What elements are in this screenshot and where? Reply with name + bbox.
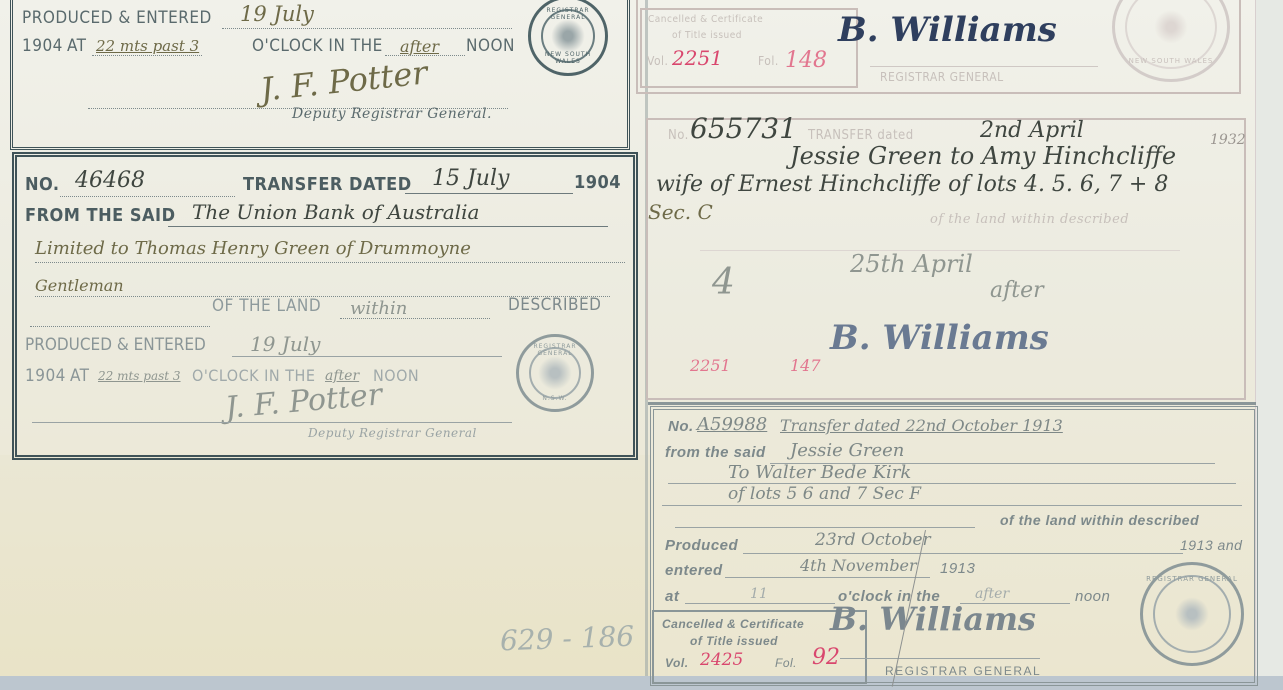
pencil-archive-note: 629 - 186	[499, 620, 634, 658]
signature-line-2	[32, 422, 512, 423]
land-line-A59988	[675, 527, 975, 528]
at-label-2: AT	[70, 366, 89, 386]
produced-entered-label-2: PRODUCED & ENTERED	[25, 335, 206, 355]
cancelled-label-A59988: Cancelled & Certificate	[662, 617, 804, 631]
to-line-value-A59988: To Walter Bede Kirk	[728, 462, 911, 483]
at-label-A59988: at	[665, 588, 679, 605]
fol-655731: 147	[790, 356, 821, 375]
from-party-line2: Limited to Thomas Henry Green of Drummoy…	[35, 238, 471, 259]
vol-value: 2251	[672, 46, 723, 70]
oclock-label: O'CLOCK IN THE	[252, 36, 383, 56]
count-value: 4	[712, 262, 735, 303]
from-party-line3: Gentleman	[35, 276, 124, 295]
noon-label-A59988: noon	[1075, 588, 1110, 605]
transfer-655731-line2: wife of Ernest Hinchcliffe of lots 4. 5.…	[656, 172, 1168, 197]
produced-entered-label: PRODUCED & ENTERED	[22, 8, 212, 28]
registrar-signature-line	[870, 66, 1098, 67]
transfer-text-A59988: Transfer dated 22nd October 1913	[780, 416, 1063, 435]
printed-land-label: of the land within described	[930, 212, 1129, 227]
transfer-date-line	[405, 193, 573, 194]
fol-value: 148	[785, 48, 827, 73]
no-label: NO.	[25, 174, 60, 195]
deputy-registrar-title: Deputy Registrar General.	[292, 106, 492, 122]
vol-label: Vol.	[647, 54, 668, 68]
from-the-said-label: FROM THE SAID	[25, 205, 176, 226]
cancelled-label: Cancelled & Certificate	[648, 14, 763, 25]
produced-date-655731: 25th April	[850, 250, 973, 278]
produced-label-A59988: Produced	[665, 537, 738, 554]
printed-no-label: No.	[668, 128, 689, 143]
fol-label: Fol.	[758, 54, 779, 68]
transfer-number-A59988: A59988	[697, 414, 767, 435]
transfer-date-655731: 2nd April	[980, 118, 1084, 143]
transfer-655731-bottom-rule	[648, 402, 1256, 405]
from-line-2	[35, 262, 625, 263]
produced-date-2: 19 July	[250, 332, 320, 356]
time-value: 22 mts past 3	[96, 37, 199, 55]
lots-value-A59988: of lots 5 6 and 7 Sec F	[728, 484, 921, 504]
registrar-general-seal-icon: REGISTRAR GENERAL NEW SOUTH WALES	[528, 0, 608, 76]
entered-date-A59988: 4th November	[800, 556, 917, 575]
from-the-said-label-A59988: from the said	[665, 444, 766, 461]
registrar-general-seal-icon-2: REGISTRAR GENERAL N.S.W.	[516, 334, 594, 412]
transfer-dated-label: TRANSFER DATED	[243, 174, 412, 195]
entered-label-A59988: entered	[665, 562, 723, 579]
transfer-year-655731: 1932	[1210, 132, 1246, 148]
at-line-A59988	[685, 603, 835, 604]
described-label: DESCRIBED	[508, 295, 601, 315]
page-right-edge	[1255, 0, 1283, 676]
registrar-signature: B. Williams	[838, 10, 1057, 50]
produced-date-A59988: 23rd October	[815, 530, 931, 550]
registrar-signature-655731: B. Williams	[830, 318, 1049, 358]
from-value-A59988: Jessie Green	[790, 440, 904, 461]
fol-value-A59988: 92	[812, 645, 840, 670]
registrar-general-seal-icon-A59988: REGISTRAR GENERAL	[1140, 562, 1244, 666]
fol-label-A59988: Fol.	[775, 656, 797, 670]
vol-label-A59988: Vol.	[665, 656, 689, 670]
produced-date: 19 July	[240, 2, 314, 26]
transfer-number: 46468	[75, 168, 145, 193]
transfer-number-655731: 655731	[690, 112, 797, 145]
from-party-line1: The Union Bank of Australia	[192, 200, 479, 224]
at-value-A59988: 11	[750, 586, 768, 602]
noon-label: NOON	[466, 36, 515, 56]
from-line-1	[168, 226, 608, 227]
of-title-label: of Title issued	[672, 30, 742, 41]
time-value-2: 22 mts past 3	[98, 369, 181, 383]
number-line	[60, 196, 235, 197]
vol-655731: 2251	[690, 356, 731, 375]
transfer-date: 15 July	[432, 166, 509, 191]
vol-value-A59988: 2425	[700, 650, 743, 670]
of-the-land-label: OF THE LAND	[212, 296, 321, 316]
transfer-655731-line1: Jessie Green to Amy Hinchcliffe	[790, 142, 1176, 170]
no-label-A59988: No.	[668, 418, 694, 435]
produced-year-A59988: 1913 and	[1180, 537, 1242, 553]
lots-line-A59988	[662, 505, 1242, 506]
land-label-A59988: of the land within described	[1000, 512, 1199, 528]
entered-year-A59988: 1913	[940, 560, 975, 577]
registrar-general-title-A59988: REGISTRAR GENERAL	[885, 664, 1041, 678]
transfer-655731-line3: Sec. C	[648, 200, 713, 224]
registrar-signature-A59988: B. Williams	[830, 600, 1036, 638]
printed-transfer-label: TRANSFER dated	[808, 128, 914, 143]
at-label: AT	[67, 36, 86, 56]
produced-date-line-2	[232, 356, 502, 357]
described-underline	[30, 326, 210, 327]
entered-line-A59988	[725, 577, 930, 578]
time-line	[92, 55, 202, 56]
deputy-registrar-title-2: Deputy Registrar General	[308, 426, 477, 440]
year-prefix: 1904	[22, 36, 63, 56]
period-655731: after	[990, 278, 1044, 303]
produced-date-line	[222, 28, 512, 29]
year-prefix-2: 1904	[25, 366, 66, 386]
registrar-general-title: REGISTRAR GENERAL	[880, 70, 1004, 84]
oclock-label-2: O'CLOCK IN THE	[192, 366, 315, 385]
transfer-year: 1904	[574, 172, 621, 193]
land-value: within	[350, 298, 407, 319]
of-title-label-A59988: of Title issued	[690, 634, 778, 648]
signature-line-A59988	[840, 658, 1040, 659]
produced-line-A59988	[743, 553, 1183, 554]
